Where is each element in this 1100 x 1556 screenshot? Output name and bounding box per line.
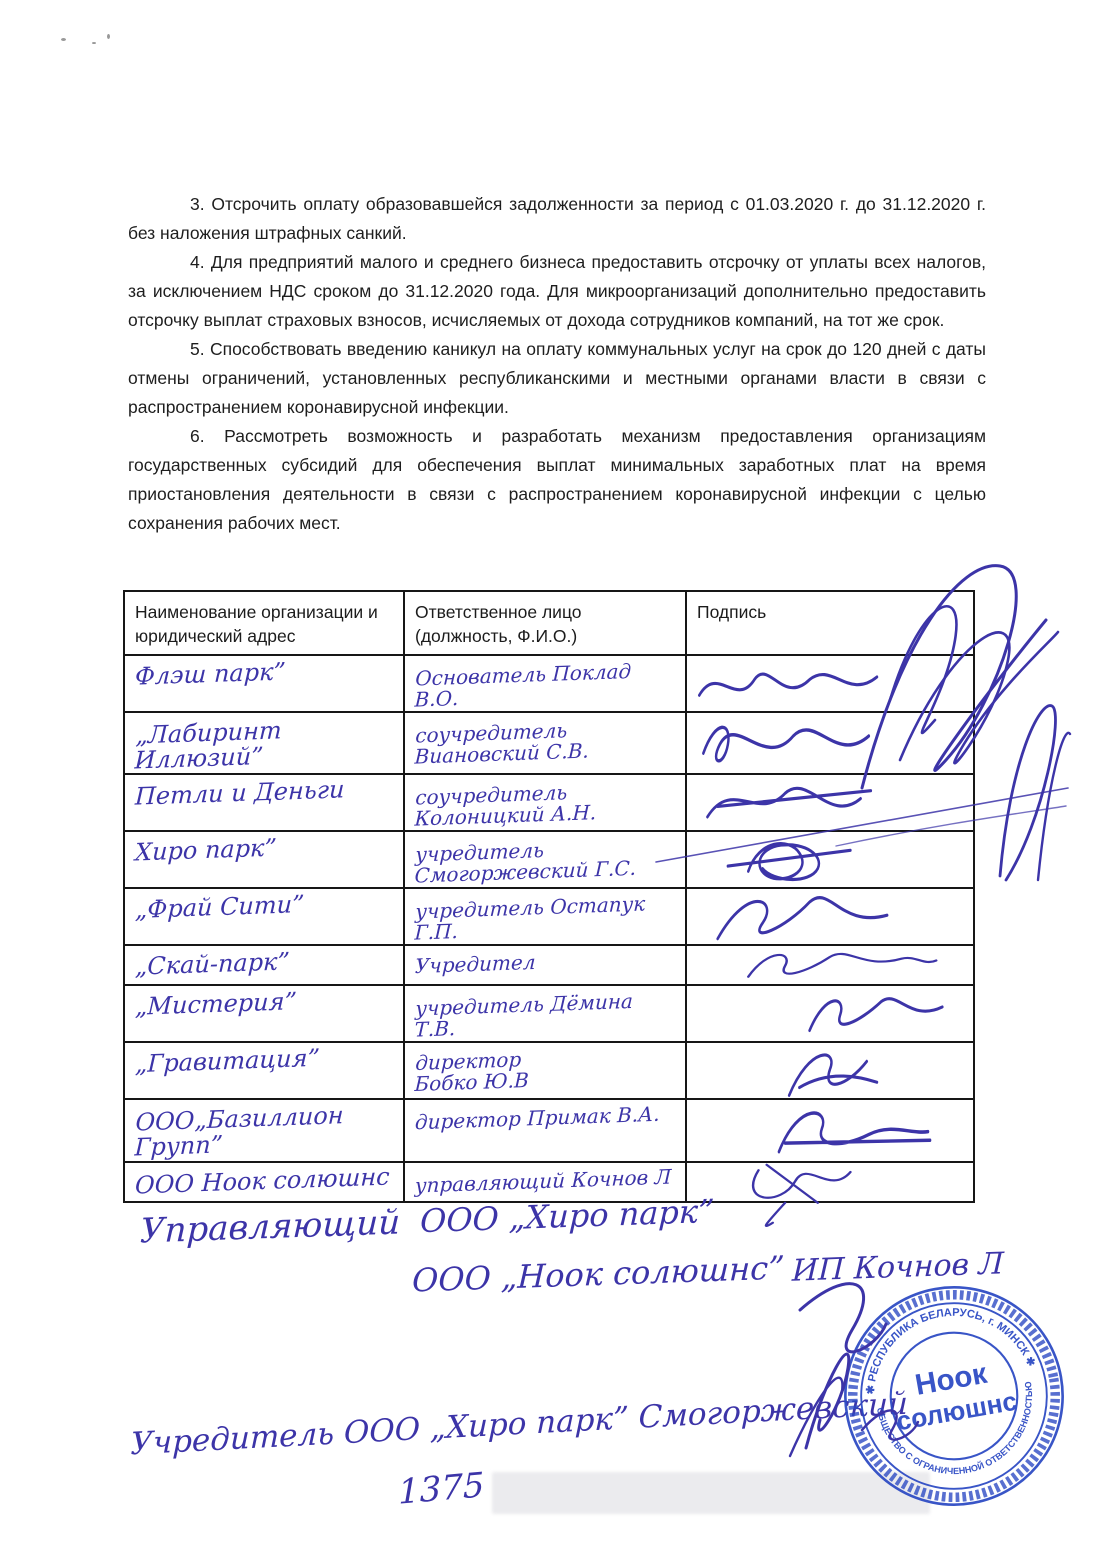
- paragraph-3: 3. Отсрочить оплату образовавшейся задол…: [128, 190, 986, 248]
- founder-line-handwritten: Учредитель ООО „Хиро парк” Смогоржевский: [130, 1388, 908, 1461]
- org-name: „Мистерия”: [135, 988, 298, 1021]
- scan-speck: [92, 42, 96, 44]
- table-row: Флэш парк” Основатель Поклад В.О.: [124, 655, 974, 712]
- person-name: Учредител: [415, 948, 536, 977]
- letter-body: 3. Отсрочить оплату образовавшейся задол…: [128, 190, 986, 538]
- signature-scribble: [687, 889, 973, 944]
- table-header-row: Наименование организации и юридический а…: [124, 591, 974, 655]
- org-name: ООО Ноок солюшнс: [135, 1162, 391, 1198]
- org-name: Флэш парк”: [135, 657, 287, 689]
- org-name: „Скай-парк”: [135, 948, 291, 981]
- header-signature: Подпись: [686, 591, 974, 655]
- paragraph-6: 6. Рассмотреть возможность и разработать…: [128, 422, 986, 538]
- person-name: директор Бобко Ю.В: [414, 1045, 530, 1095]
- signature-scribble: [687, 775, 973, 830]
- signature-scribble: [687, 1163, 973, 1201]
- scan-speck: [61, 38, 66, 41]
- scanned-document-page: { "paragraphs": { "p3": "3. Отсрочить оп…: [0, 0, 1100, 1556]
- org-name: „Лабиринт Иллюзий”: [134, 712, 394, 773]
- person-name: соучредитель Виановский С.В.: [414, 712, 675, 767]
- org-name: Хиро парк”: [135, 834, 278, 866]
- signature-scribble: [687, 1043, 973, 1098]
- table-row: „Скай-парк” Учредител: [124, 945, 974, 985]
- table-row: „Фрай Сити” учредитель Остапук Г.П.: [124, 888, 974, 945]
- person-name: соучредитель Колоницкий А.Н.: [414, 775, 675, 830]
- signature-scribble: [687, 946, 973, 984]
- paragraph-4: 4. Для предприятий малого и среднего биз…: [128, 248, 986, 335]
- person-name: учредитель Остапук Г.П.: [414, 889, 675, 944]
- paragraph-5: 5. Способствовать введению каникул на оп…: [128, 335, 986, 422]
- person-name: учредитель Смогоржевский Г.С.: [414, 832, 675, 887]
- signature-scribble: [687, 713, 973, 773]
- person-name: управляющий Кочнов Л: [415, 1162, 672, 1196]
- table-row: Петли и Деньги соучредитель Колоницкий А…: [124, 774, 974, 831]
- manager-org1-handwritten: ООО „Хиро парк”: [420, 1195, 715, 1239]
- header-organization: Наименование организации и юридический а…: [124, 591, 404, 655]
- table-row: ООО Ноок солюшнс управляющий Кочнов Л: [124, 1162, 974, 1202]
- org-name: ООО„Базиллион Групп”: [134, 1100, 394, 1161]
- table-row: Хиро парк” учредитель Смогоржевский Г.С.: [124, 831, 974, 888]
- company-stamp: ✱ РЕСПУБЛИКА БЕЛАРУСЬ, г. МИНСК ✱ ОБЩЕСТ…: [820, 1262, 1089, 1531]
- table-row: „Мистерия” учредитель Дёмина Т.В.: [124, 985, 974, 1042]
- manager-org2-handwritten: ООО „Ноок солюшнс”: [412, 1251, 786, 1298]
- signature-scribble: [687, 656, 973, 711]
- header-person: Ответственное лицо (должность, Ф.И.О.): [404, 591, 686, 655]
- signatures-table: Наименование организации и юридический а…: [123, 590, 975, 1203]
- person-name: Основатель Поклад В.О.: [414, 655, 675, 710]
- manager-role-handwritten: Управляющий: [139, 1205, 400, 1250]
- document-number-handwritten: 1375: [398, 1468, 485, 1511]
- org-name: „Фрай Сити”: [135, 890, 305, 923]
- signature-scribble: [687, 832, 973, 887]
- org-name: „Гравитация”: [135, 1044, 321, 1078]
- person-name: учредитель Дёмина Т.В.: [414, 986, 675, 1041]
- org-name: Петли и Деньги: [135, 776, 345, 811]
- table-row: „Гравитация” директор Бобко Ю.В: [124, 1042, 974, 1099]
- table-row: „Лабиринт Иллюзий” соучредитель Виановск…: [124, 712, 974, 774]
- scan-speck: [107, 34, 110, 39]
- person-name: директор Примак В.А.: [415, 1100, 661, 1134]
- table-row: ООО„Базиллион Групп” директор Примак В.А…: [124, 1099, 974, 1161]
- signature-scribble: [687, 986, 973, 1041]
- signature-scribble: [687, 1100, 973, 1160]
